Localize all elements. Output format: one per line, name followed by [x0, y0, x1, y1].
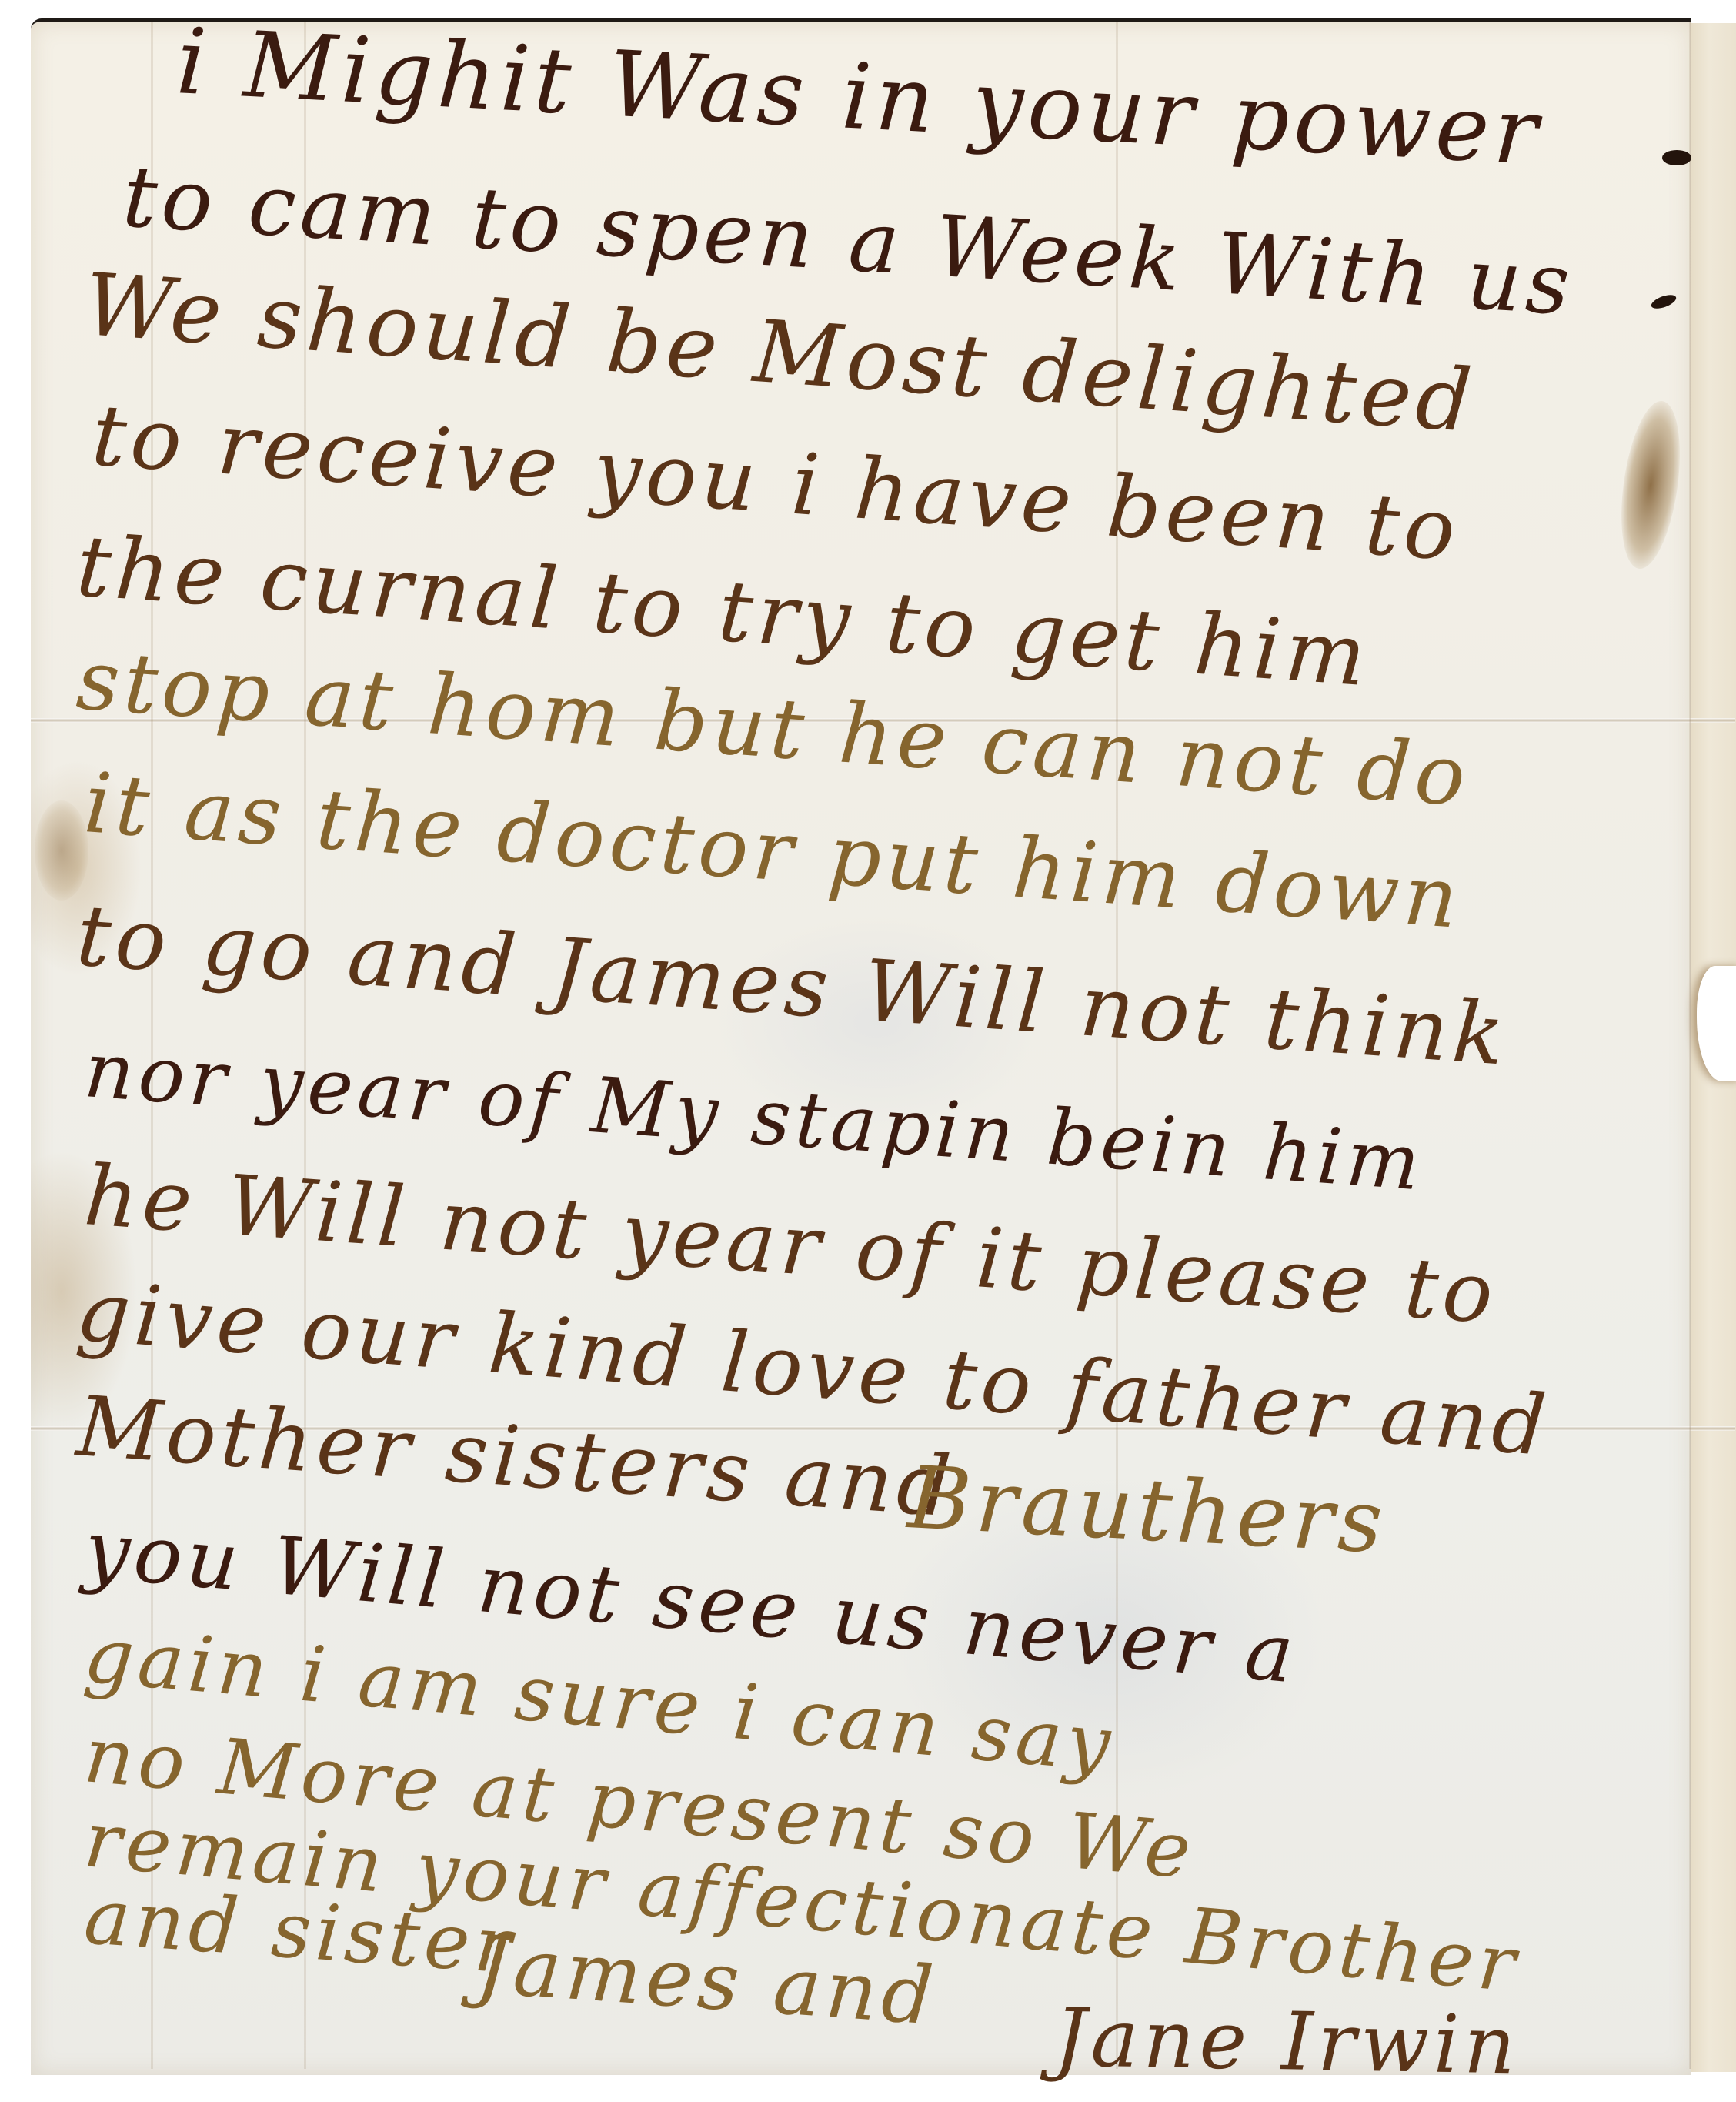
signature-surname-line: Jane Irwin [1053, 1997, 1521, 2086]
ink-blot-top-right [1662, 150, 1691, 165]
fold-line-spine [1689, 22, 1691, 2069]
letter-line-12-continuation: Brauthers [906, 1455, 1389, 1566]
